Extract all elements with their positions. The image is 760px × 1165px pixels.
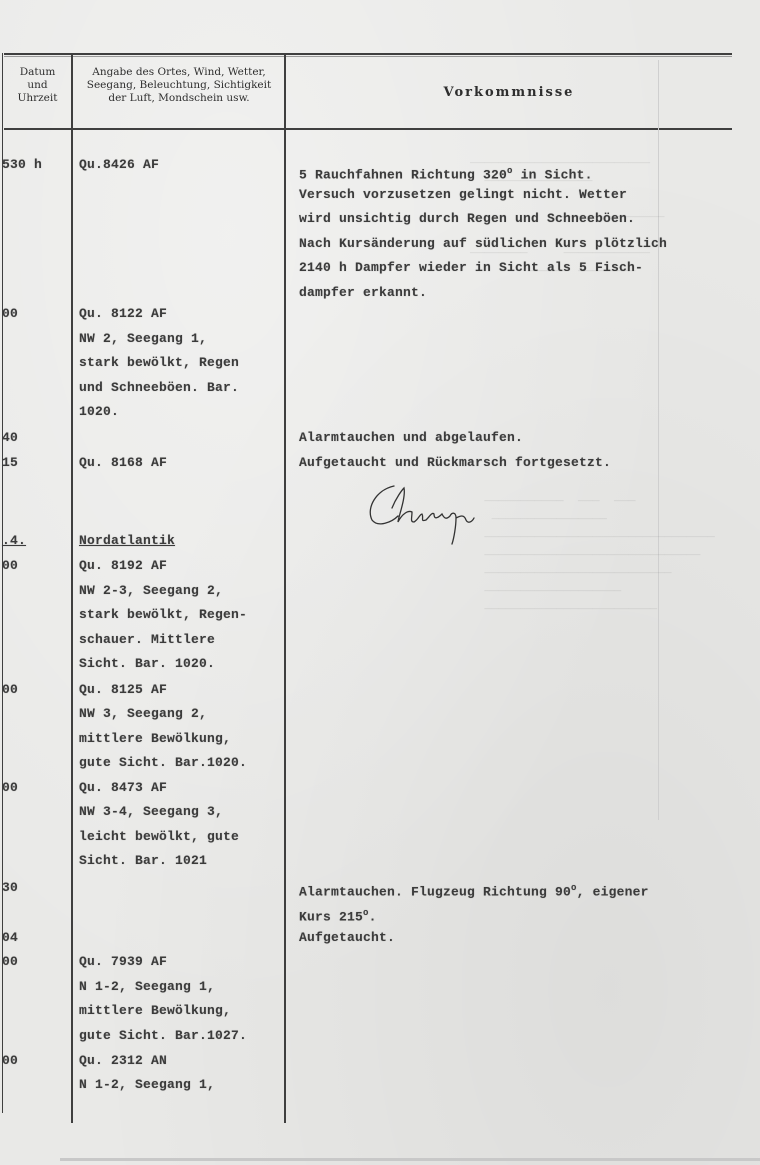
entry-location: Qu. 8125 AF	[79, 678, 167, 703]
entry-time: 530 h	[2, 153, 42, 178]
entry-event-line: wird unsichtig durch Regen und Schneeböe…	[299, 207, 635, 232]
entry-time: 00	[2, 302, 18, 327]
entry-location: NW 2, Seegang 1,	[79, 327, 207, 352]
entry-event-line: Alarmtauchen und abgelaufen.	[299, 426, 523, 451]
entry-location: Qu. 8168 AF	[79, 451, 167, 476]
header-location-line-2: Seegang, Beleuchtung, Sichtigkeit	[74, 79, 284, 92]
entry-location: gute Sicht. Bar.1020.	[79, 751, 247, 776]
entry-location: Qu. 7939 AF	[79, 950, 167, 975]
entry-time: 00	[2, 554, 18, 579]
entry-location: Qu. 8122 AF	[79, 302, 167, 327]
entry-time: 04	[2, 926, 18, 951]
entry-location: NW 3-4, Seegang 3,	[79, 800, 223, 825]
entry-location: NW 2-3, Seegang 2,	[79, 579, 223, 604]
header-bottom-rule	[4, 128, 732, 130]
entry-event-line: Aufgetaucht und Rückmarsch fortgesetzt.	[299, 451, 611, 476]
entry-time: 30	[2, 876, 18, 901]
diary-page: Datum und Uhrzeit Angabe des Ortes, Wind…	[0, 0, 760, 1165]
entry-location: Qu. 8473 AF	[79, 776, 167, 801]
entry-location: Qu. 8192 AF	[79, 554, 167, 579]
header-location: Angabe des Ortes, Wind, Wetter, Seegang,…	[74, 66, 284, 105]
entry-location: Sicht. Bar. 1021	[79, 849, 207, 874]
entry-date: .4.	[2, 529, 26, 554]
entry-location: NW 3, Seegang 2,	[79, 702, 207, 727]
entry-location: N 1-2, Seegang 1,	[79, 975, 215, 1000]
entry-location: Qu.8426 AF	[79, 153, 159, 178]
bottom-edge	[60, 1158, 760, 1161]
entry-location: Sicht. Bar. 1020.	[79, 652, 215, 677]
entry-event-line: dampfer erkannt.	[299, 281, 427, 306]
entry-time: 15	[2, 451, 18, 476]
entry-location: N 1-2, Seegang 1,	[79, 1073, 215, 1098]
entry-location: Qu. 2312 AN	[79, 1049, 167, 1074]
entry-location: stark bewölkt, Regen-	[79, 603, 247, 628]
signature	[362, 478, 492, 548]
entry-time: 00	[2, 1049, 18, 1074]
entry-location: stark bewölkt, Regen	[79, 351, 239, 376]
entry-time: 00	[2, 678, 18, 703]
header-date-line: Datum	[4, 66, 71, 79]
location-heading: Nordatlantik	[79, 529, 175, 554]
entry-time: 00	[2, 776, 18, 801]
entry-event-line: 2140 h Dampfer wieder in Sicht als 5 Fis…	[299, 256, 643, 281]
table-top-rule	[4, 53, 732, 55]
entry-time: 40	[2, 426, 18, 451]
column-divider-1	[71, 53, 73, 1123]
entry-event-line: Nach Kursänderung auf südlichen Kurs plö…	[299, 232, 667, 257]
table-top-rule-2	[4, 56, 732, 57]
entry-location: schauer. Mittlere	[79, 628, 215, 653]
entry-time: 00	[2, 950, 18, 975]
header-location-line-1: Angabe des Ortes, Wind, Wetter,	[74, 66, 284, 79]
entry-location: und Schneeböen. Bar.	[79, 376, 239, 401]
entry-location: mittlere Bewölkung,	[79, 727, 231, 752]
column-divider-2	[284, 53, 286, 1123]
entry-location: gute Sicht. Bar.1027.	[79, 1024, 247, 1049]
header-date-time: Datum und Uhrzeit	[4, 66, 71, 105]
header-events: Vorkommnisse	[286, 86, 732, 99]
entry-location: leicht bewölkt, gute	[79, 825, 239, 850]
entry-event-line: Aufgetaucht.	[299, 926, 395, 951]
entry-event-line: Versuch vorzusetzen gelingt nicht. Wette…	[299, 183, 627, 208]
bleed-through-text-2: ___________ ___ ___ ________________ ___…	[470, 488, 715, 614]
header-location-line-3: der Luft, Mondschein usw.	[74, 92, 284, 105]
entry-location: mittlere Bewölkung,	[79, 999, 231, 1024]
header-time-line: Uhrzeit	[4, 92, 71, 105]
entry-location: 1020.	[79, 400, 119, 425]
header-und-line: und	[4, 79, 71, 92]
